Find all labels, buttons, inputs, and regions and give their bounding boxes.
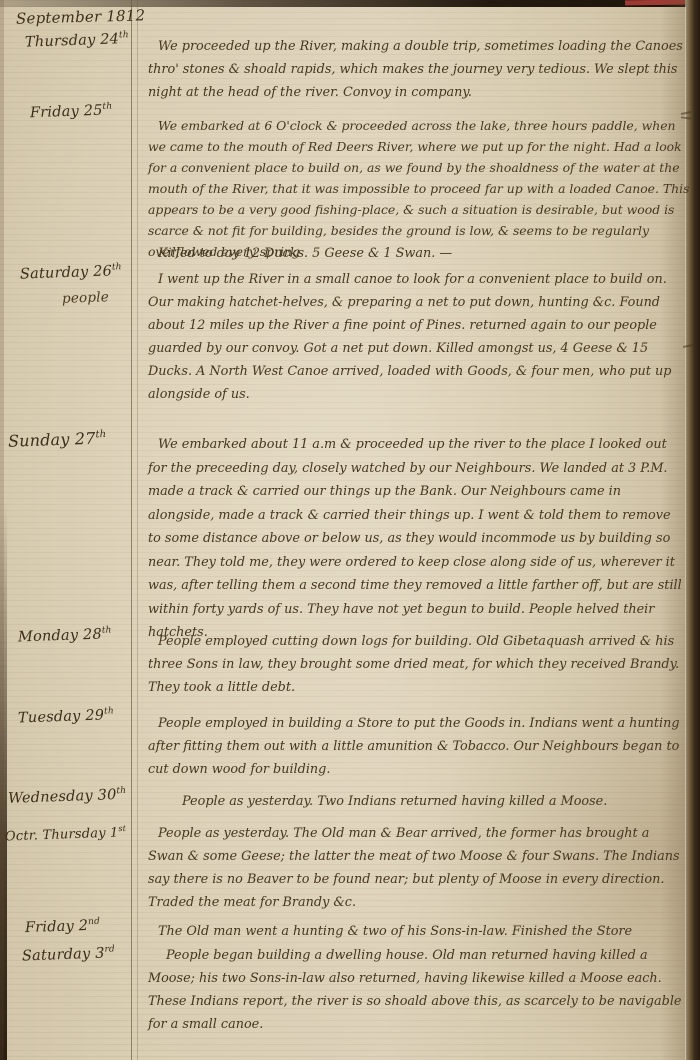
entry-date-suffix: st bbox=[118, 824, 126, 833]
entry-date-text: Sunday 27 bbox=[8, 429, 96, 451]
entry-date-label: Monday 28th bbox=[18, 625, 112, 645]
margin-subnote: people bbox=[62, 289, 109, 307]
entry-date-text: Monday 28 bbox=[18, 627, 102, 646]
journal-page: September 1812 Thursday 24th We proceede… bbox=[0, 0, 700, 1060]
entry-body: We proceeded up the River, making a doub… bbox=[148, 35, 684, 104]
entry-body: People as yesterday. The Old man & Bear … bbox=[148, 822, 684, 914]
entry-date-text: Saturday 3 bbox=[22, 946, 105, 965]
entry-date-text: Thursday 24 bbox=[25, 31, 120, 50]
entry-body: People began building a dwelling house. … bbox=[148, 944, 684, 1036]
entry-date-text: Wednesday 30 bbox=[8, 787, 117, 807]
entry-body: We embarked about 11 a.m & proceeded up … bbox=[148, 433, 684, 645]
entry-date-text: Saturday 26 bbox=[20, 263, 113, 282]
entry-date-text: Friday 2 bbox=[25, 918, 89, 936]
entry-date-suffix: th bbox=[102, 625, 112, 635]
entry-body: We embarked at 6 O'clock & proceeded acr… bbox=[148, 115, 690, 262]
entry-body: People employed cutting down logs for bu… bbox=[148, 630, 684, 699]
entry-date-text: Octr. Thursday 1 bbox=[5, 825, 119, 844]
entry-body: People as yesterday. Two Indians returne… bbox=[148, 790, 684, 813]
entry-date-suffix: rd bbox=[104, 944, 115, 954]
entry-date-suffix: th bbox=[119, 30, 129, 40]
margin-rule-line bbox=[131, 0, 132, 1060]
entry-date-text: Tuesday 29 bbox=[18, 707, 105, 726]
binding-shadow bbox=[0, 0, 4, 1060]
entry-date-label: Saturday 3rd bbox=[22, 944, 116, 964]
entry-date-label: Octr. Thursday 1st bbox=[5, 824, 127, 845]
entry-date-label: Saturday 26th bbox=[20, 262, 122, 282]
entry-date-suffix: th bbox=[102, 102, 112, 112]
entry-body: I went up the River in a small canoe to … bbox=[148, 268, 684, 406]
margin-rule-line-2 bbox=[137, 0, 138, 1060]
entry-date-text: Friday 25 bbox=[30, 103, 103, 122]
entry-date-suffix: nd bbox=[88, 917, 100, 927]
page-top-edge bbox=[0, 0, 700, 7]
entry-date-suffix: th bbox=[112, 262, 122, 272]
entry-extra-line: Killed to day 12 Ducks. 5 Geese & 1 Swan… bbox=[158, 246, 678, 261]
entry-body: The Old man went a hunting & two of his … bbox=[148, 920, 684, 943]
entry-date-label: Friday 2nd bbox=[25, 917, 101, 936]
entry-date-label: Friday 25th bbox=[30, 102, 113, 122]
entry-date-suffix: th bbox=[104, 706, 114, 716]
entry-date-label: Tuesday 29th bbox=[18, 706, 115, 726]
entry-body: People employed in building a Store to p… bbox=[148, 712, 684, 781]
entry-date-label: Wednesday 30th bbox=[8, 786, 127, 807]
month-header: September 1812 bbox=[16, 6, 146, 27]
entry-date-label: Thursday 24th bbox=[25, 30, 129, 50]
entry-date-suffix: th bbox=[116, 786, 126, 796]
entry-date-suffix: th bbox=[95, 429, 106, 440]
entry-date-label: Sunday 27th bbox=[8, 428, 107, 450]
